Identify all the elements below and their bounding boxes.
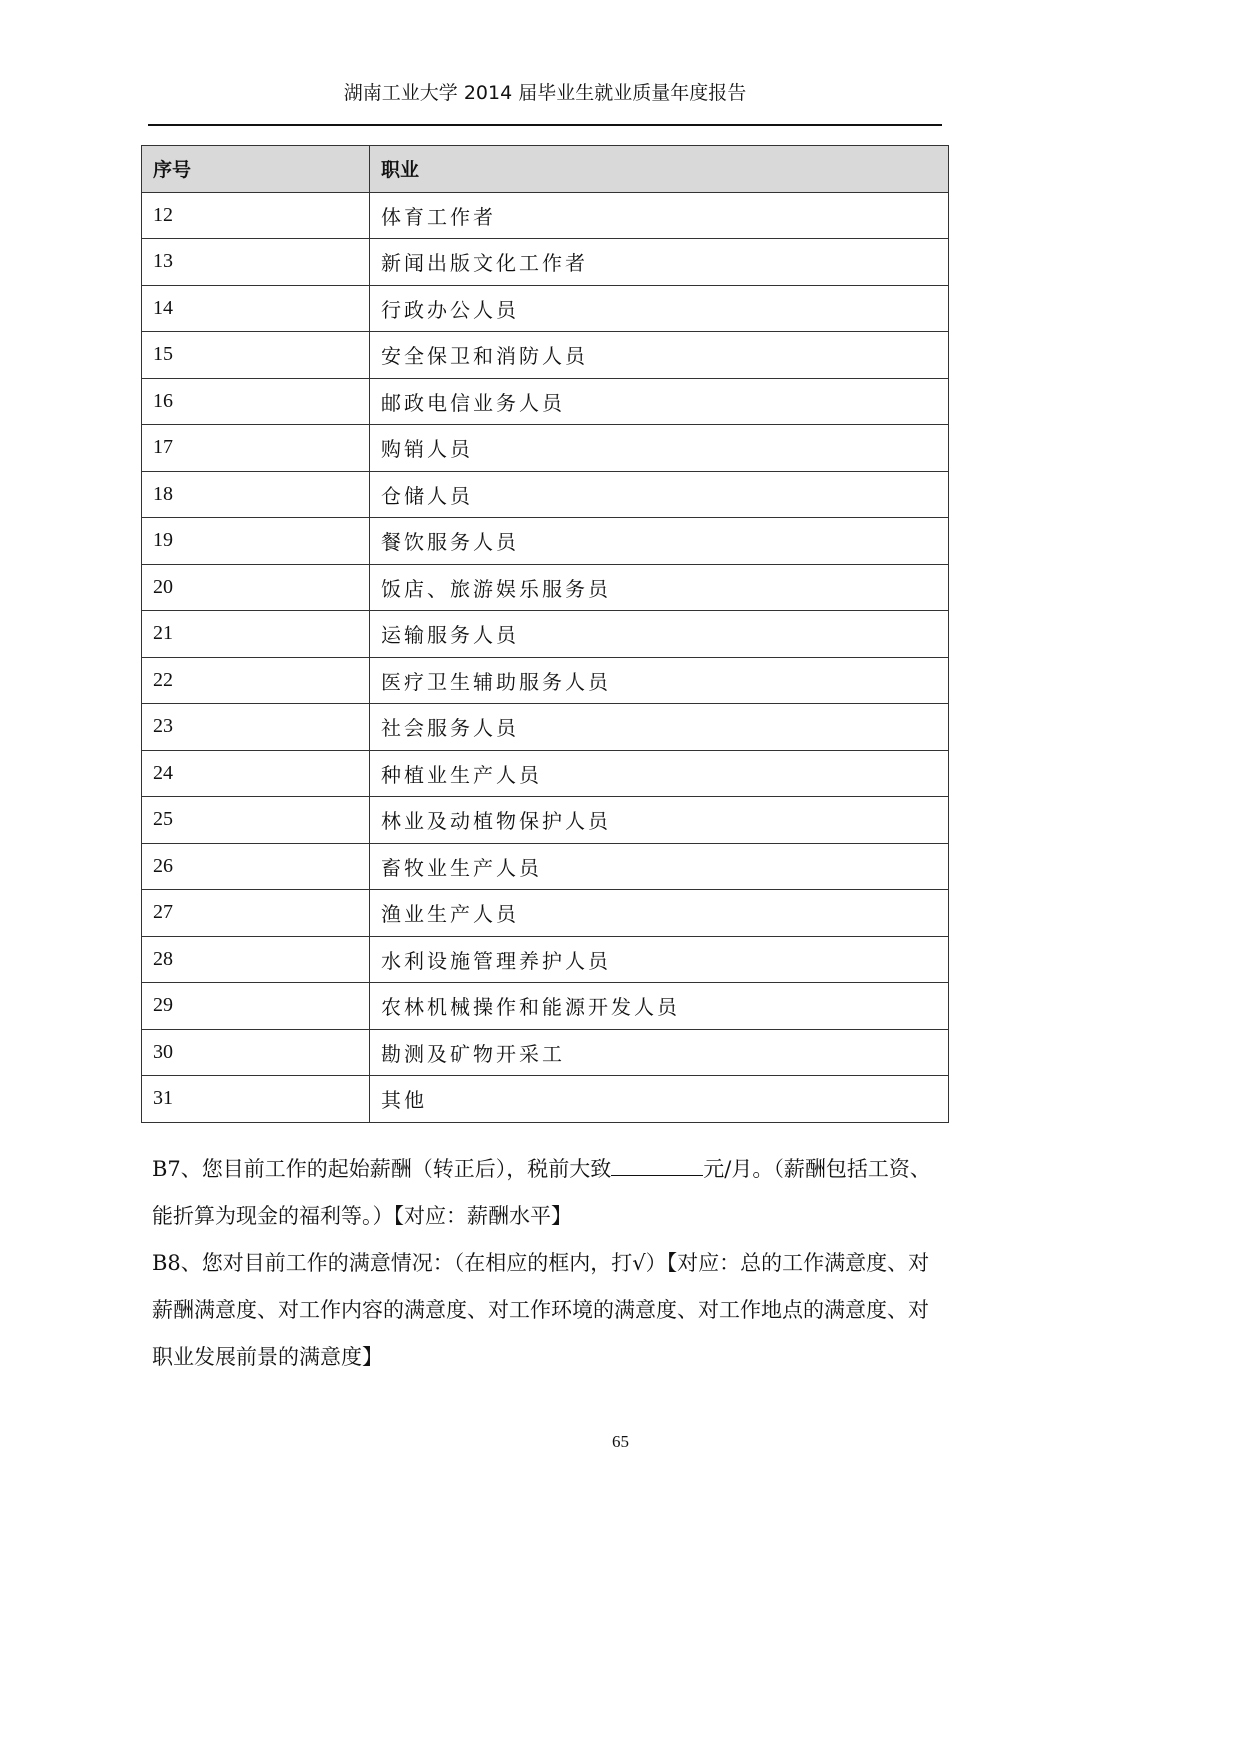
row-occupation: 医疗卫生辅助服务人员 bbox=[370, 657, 949, 704]
table-row: 29农林机械操作和能源开发人员 bbox=[142, 983, 949, 1030]
column-header-occupation: 职业 bbox=[370, 146, 949, 193]
row-number: 19 bbox=[142, 518, 370, 565]
salary-blank bbox=[611, 1155, 703, 1176]
row-number: 16 bbox=[142, 378, 370, 425]
page-number: 65 bbox=[0, 1432, 1241, 1452]
row-occupation: 其他 bbox=[370, 1076, 949, 1123]
row-number: 25 bbox=[142, 797, 370, 844]
table-row: 20饭店、旅游娱乐服务员 bbox=[142, 564, 949, 611]
row-number: 30 bbox=[142, 1029, 370, 1076]
row-occupation: 林业及动植物保护人员 bbox=[370, 797, 949, 844]
row-occupation: 新闻出版文化工作者 bbox=[370, 239, 949, 286]
question-b7: B7、您目前工作的起始薪酬（转正后），税前大致元/月。（薪酬包括工资、能折算为现… bbox=[152, 1146, 942, 1240]
row-occupation: 餐饮服务人员 bbox=[370, 518, 949, 565]
table-row: 12体育工作者 bbox=[142, 192, 949, 239]
table-row: 24种植业生产人员 bbox=[142, 750, 949, 797]
row-occupation: 饭店、旅游娱乐服务员 bbox=[370, 564, 949, 611]
row-occupation: 畜牧业生产人员 bbox=[370, 843, 949, 890]
row-occupation: 仓储人员 bbox=[370, 471, 949, 518]
table-row: 19餐饮服务人员 bbox=[142, 518, 949, 565]
table-row: 16邮政电信业务人员 bbox=[142, 378, 949, 425]
row-occupation: 勘测及矿物开采工 bbox=[370, 1029, 949, 1076]
row-number: 23 bbox=[142, 704, 370, 751]
table-row: 23社会服务人员 bbox=[142, 704, 949, 751]
row-number: 31 bbox=[142, 1076, 370, 1123]
row-occupation: 水利设施管理养护人员 bbox=[370, 936, 949, 983]
row-occupation: 邮政电信业务人员 bbox=[370, 378, 949, 425]
row-occupation: 购销人员 bbox=[370, 425, 949, 472]
table-row: 26畜牧业生产人员 bbox=[142, 843, 949, 890]
row-occupation: 运输服务人员 bbox=[370, 611, 949, 658]
table-row: 18仓储人员 bbox=[142, 471, 949, 518]
question-b8: B8、您对目前工作的满意情况：（在相应的框内，打√）【对应：总的工作满意度、对薪… bbox=[152, 1240, 942, 1381]
table-row: 30勘测及矿物开采工 bbox=[142, 1029, 949, 1076]
row-number: 26 bbox=[142, 843, 370, 890]
table-row: 31其他 bbox=[142, 1076, 949, 1123]
table-row: 13新闻出版文化工作者 bbox=[142, 239, 949, 286]
table-row: 25林业及动植物保护人员 bbox=[142, 797, 949, 844]
row-number: 18 bbox=[142, 471, 370, 518]
row-number: 17 bbox=[142, 425, 370, 472]
header-rule bbox=[148, 124, 942, 126]
row-number: 15 bbox=[142, 332, 370, 379]
row-number: 28 bbox=[142, 936, 370, 983]
row-number: 13 bbox=[142, 239, 370, 286]
row-occupation: 安全保卫和消防人员 bbox=[370, 332, 949, 379]
row-number: 14 bbox=[142, 285, 370, 332]
occupation-table: 序号 职业 12体育工作者13新闻出版文化工作者14行政办公人员15安全保卫和消… bbox=[141, 145, 949, 1123]
table-row: 15安全保卫和消防人员 bbox=[142, 332, 949, 379]
row-number: 12 bbox=[142, 192, 370, 239]
row-number: 27 bbox=[142, 890, 370, 937]
row-number: 24 bbox=[142, 750, 370, 797]
row-number: 29 bbox=[142, 983, 370, 1030]
row-occupation: 体育工作者 bbox=[370, 192, 949, 239]
row-number: 20 bbox=[142, 564, 370, 611]
table-row: 14行政办公人员 bbox=[142, 285, 949, 332]
table-row: 27渔业生产人员 bbox=[142, 890, 949, 937]
column-header-number: 序号 bbox=[142, 146, 370, 193]
row-occupation: 种植业生产人员 bbox=[370, 750, 949, 797]
table-row: 28水利设施管理养护人员 bbox=[142, 936, 949, 983]
row-occupation: 农林机械操作和能源开发人员 bbox=[370, 983, 949, 1030]
running-header: 湖南工业大学 2014 届毕业生就业质量年度报告 bbox=[148, 78, 942, 105]
table-row: 17购销人员 bbox=[142, 425, 949, 472]
table-header-row: 序号 职业 bbox=[142, 146, 949, 193]
row-occupation: 社会服务人员 bbox=[370, 704, 949, 751]
row-occupation: 渔业生产人员 bbox=[370, 890, 949, 937]
question-b7-text-1: B7、您目前工作的起始薪酬（转正后），税前大致 bbox=[152, 1157, 611, 1181]
row-number: 21 bbox=[142, 611, 370, 658]
table-row: 21运输服务人员 bbox=[142, 611, 949, 658]
row-occupation: 行政办公人员 bbox=[370, 285, 949, 332]
table-row: 22医疗卫生辅助服务人员 bbox=[142, 657, 949, 704]
row-number: 22 bbox=[142, 657, 370, 704]
